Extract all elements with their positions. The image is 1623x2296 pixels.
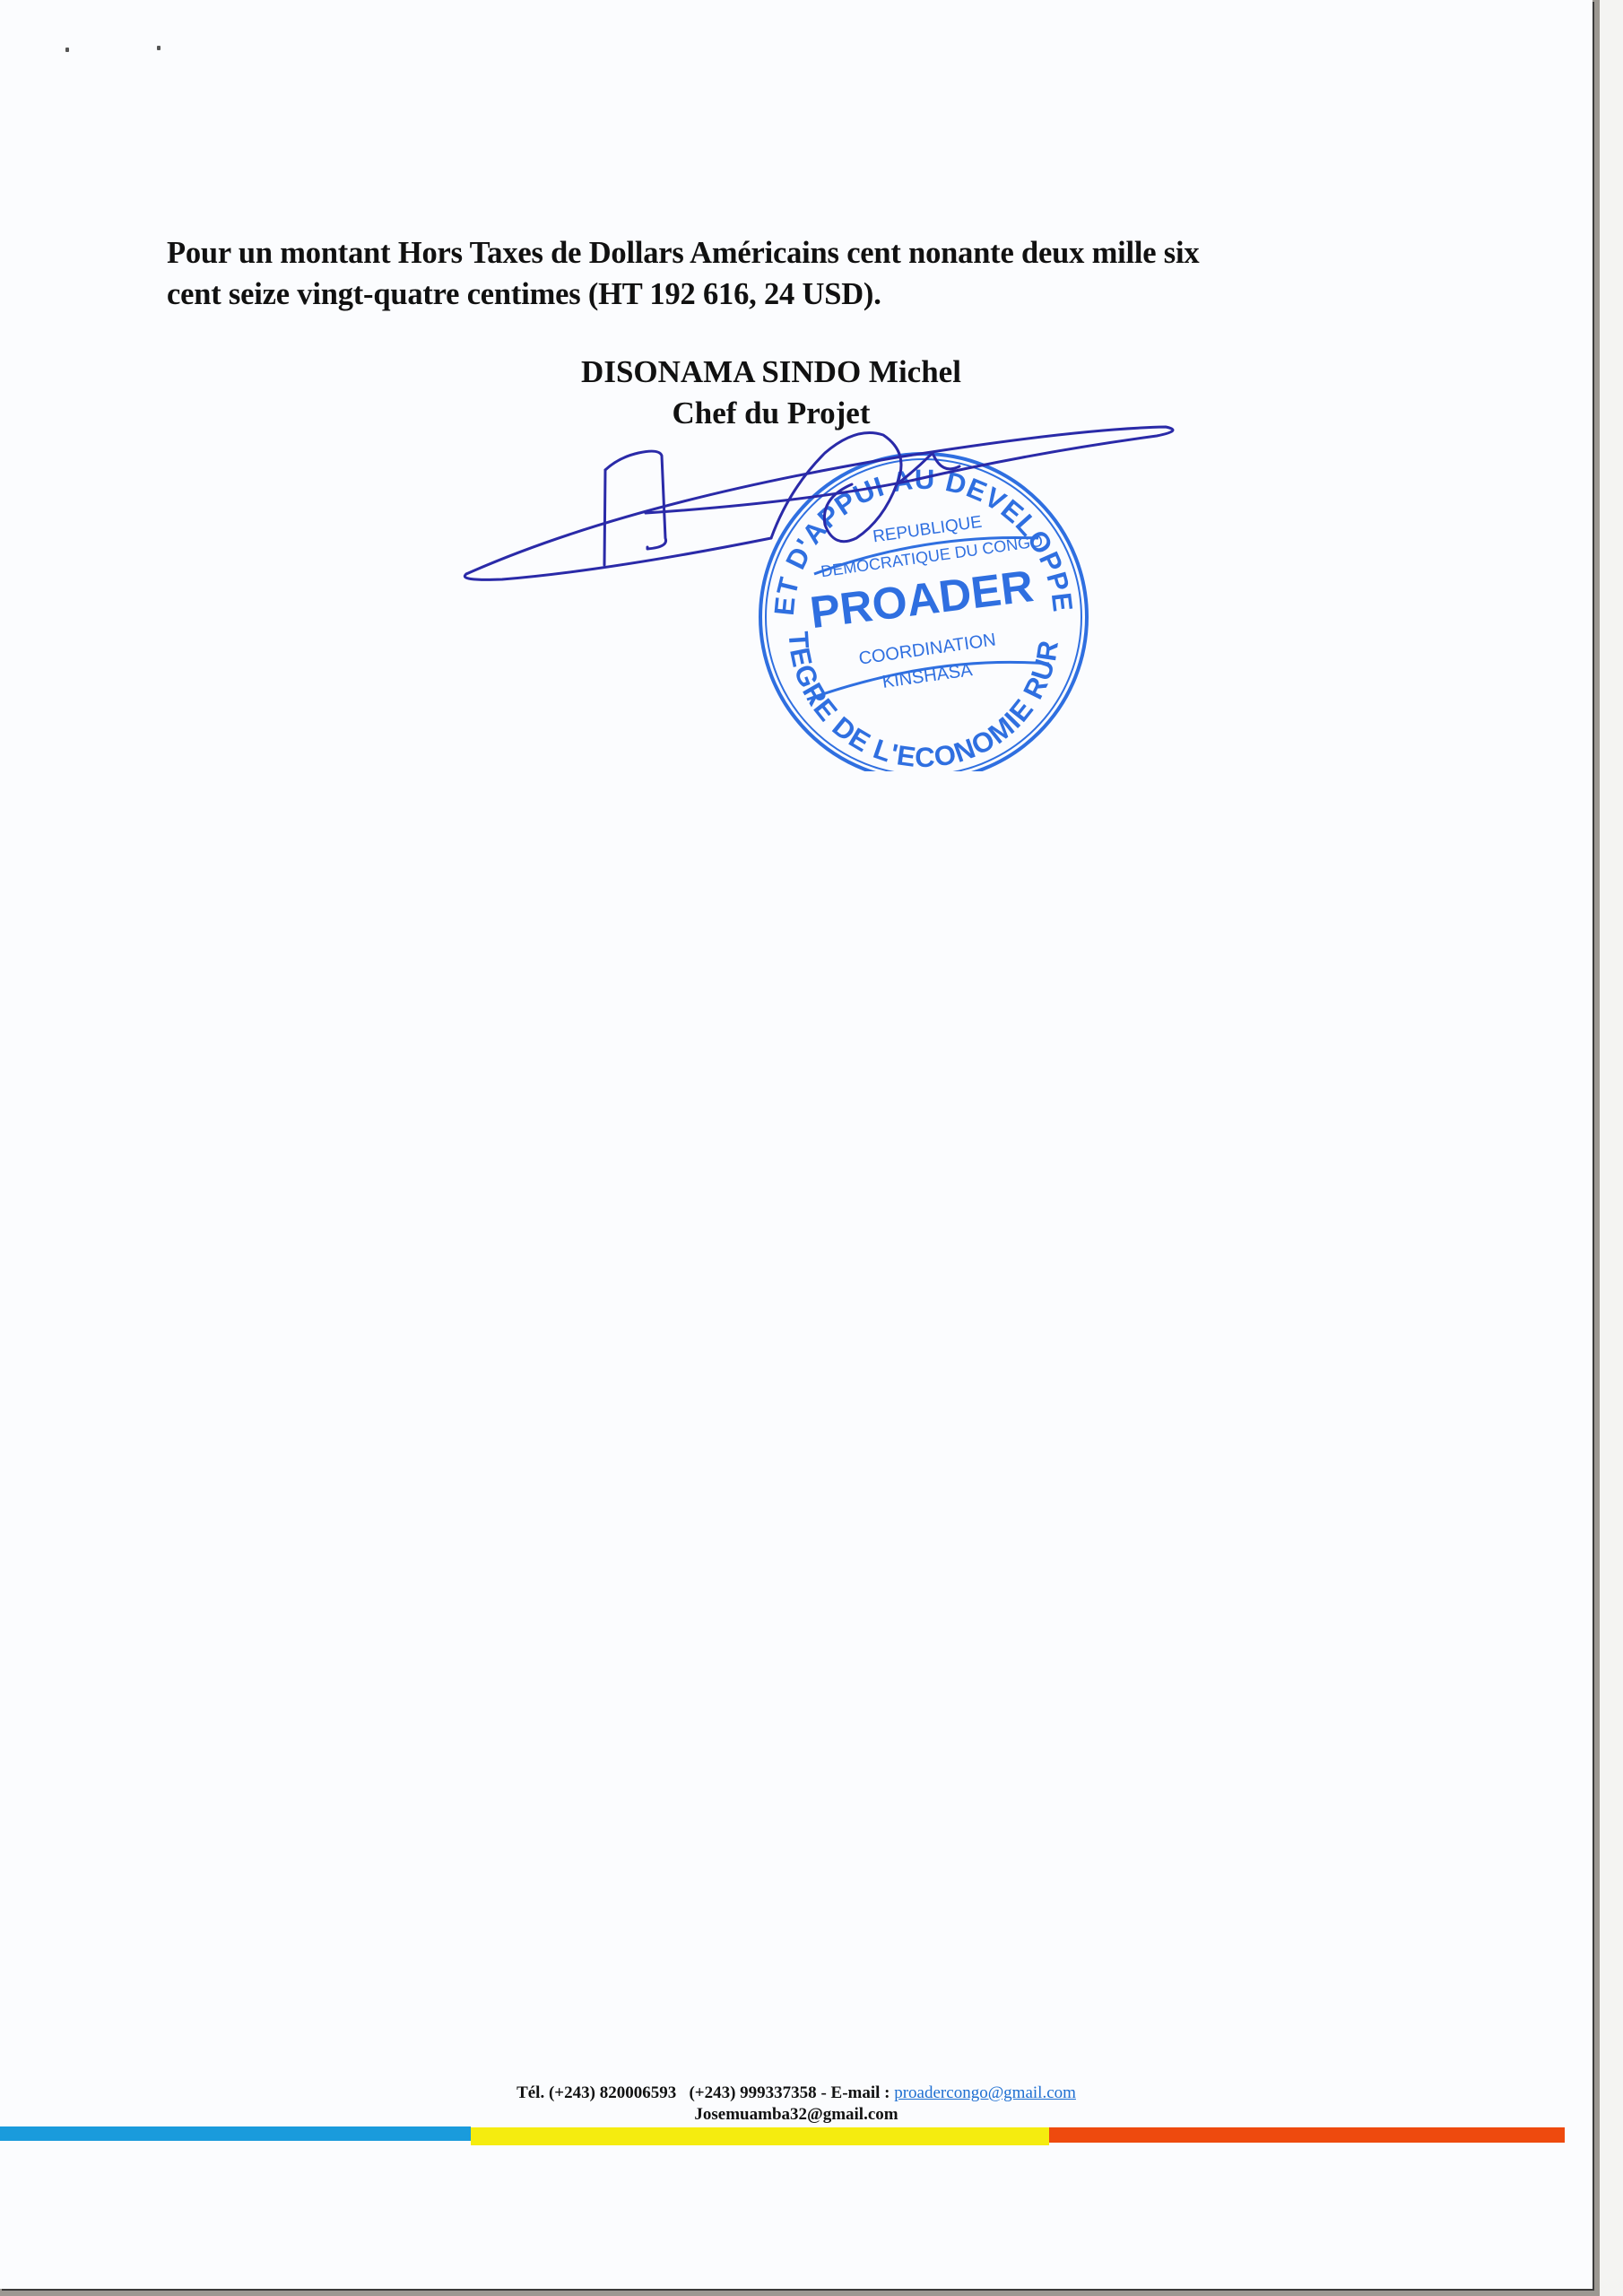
paragraph-line-1: Pour un montant Hors Taxes de Dollars Am… [167,232,1440,274]
flag-stripe-yellow [471,2127,1049,2145]
flag-stripe-red [1049,2127,1565,2143]
footer-contact: Tél. (+243) 820006593 (+243) 999337358 -… [0,2083,1593,2126]
document-page: Pour un montant Hors Taxes de Dollars Am… [0,0,1593,2289]
phone-label: Tél. [516,2083,544,2102]
flag-stripe-blue [0,2126,471,2141]
phone-2: (+243) 999337358 [689,2083,816,2102]
scan-artifact [157,46,161,50]
phone-1: (+243) 820006593 [549,2083,676,2102]
proader-stamp: PROJET D'APPUI AU DEVELOPPEMENT INTEGRE … [753,439,1094,771]
scan-artifact [65,48,69,52]
signatory-title: Chef du Projet [502,393,1040,434]
email-label: - E-mail : [820,2083,890,2102]
email-link-proadercongo[interactable]: proadercongo@gmail.com [894,2083,1076,2102]
signatory-block: DISONAMA SINDO Michel Chef du Projet [502,352,1040,434]
email-josemuamba: Josemuamba32@gmail.com [0,2104,1593,2126]
footer-line-1: Tél. (+243) 820006593 (+243) 999337358 -… [0,2083,1593,2104]
amount-paragraph: Pour un montant Hors Taxes de Dollars Am… [167,232,1440,315]
paragraph-line-2: cent seize vingt-quatre centimes (HT 192… [167,274,1440,315]
scan-background-edge [1600,0,1623,2296]
signatory-name: DISONAMA SINDO Michel [502,352,1040,393]
stamp-inner-bottom-2: KINSHASA [881,660,975,692]
